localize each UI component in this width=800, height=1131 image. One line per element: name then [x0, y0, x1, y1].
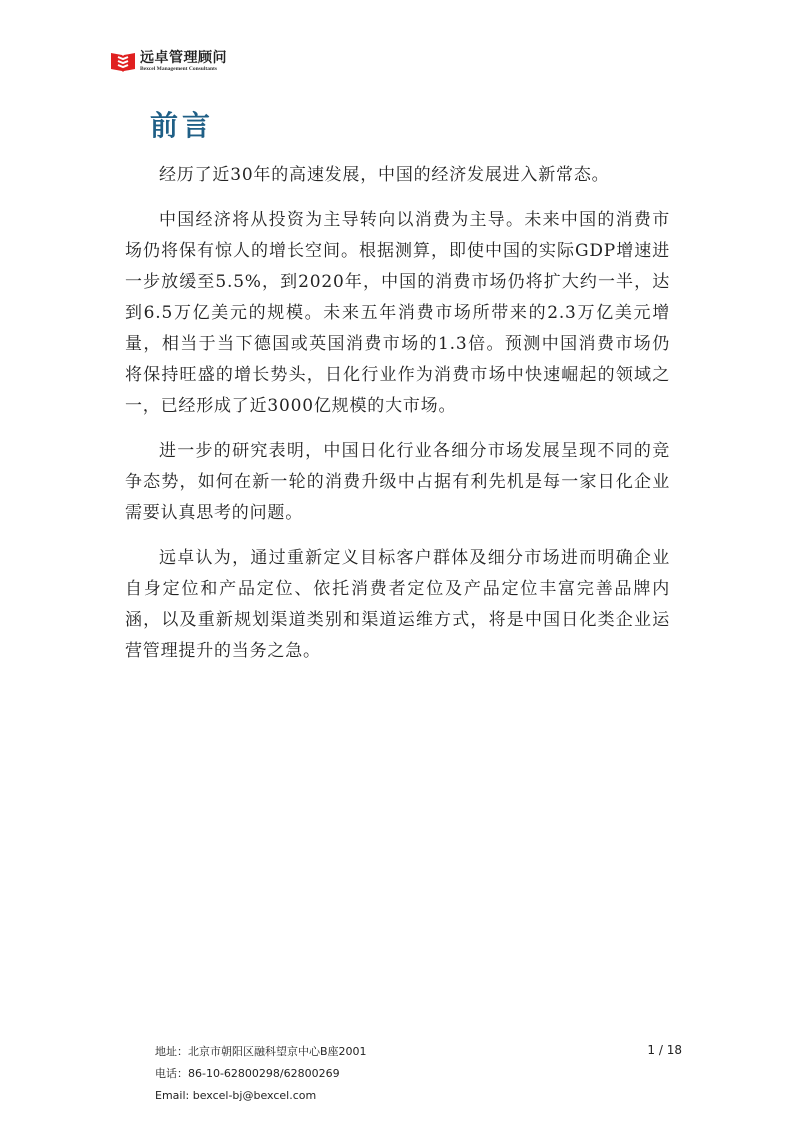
document-body: 经历了近30年的高速发展，中国的经济发展进入新常态。 中国经济将从投资为主导转向…: [125, 160, 670, 681]
footer-address: 地址：北京市朝阳区融科望京中心B座2001: [155, 1043, 690, 1065]
logo-book-icon: [110, 50, 136, 72]
page-footer: 地址：北京市朝阳区融科望京中心B座2001 电话：86-10-62800298/…: [155, 1043, 690, 1109]
company-logo: 远卓管理顾问 Bexcel Management Consultants: [110, 50, 227, 72]
page-title: 前言: [150, 104, 214, 144]
paragraph-3: 进一步的研究表明，中国日化行业各细分市场发展呈现不同的竞争态势，如何在新一轮的消…: [125, 436, 670, 529]
page-number: 1 / 18: [647, 1043, 682, 1057]
logo-english-name: Bexcel Management Consultants: [140, 66, 227, 72]
paragraph-1: 经历了近30年的高速发展，中国的经济发展进入新常态。: [125, 160, 670, 191]
footer-phone: 电话：86-10-62800298/62800269: [155, 1065, 690, 1087]
paragraph-2: 中国经济将从投资为主导转向以消费为主导。未来中国的消费市场仍将保有惊人的增长空间…: [125, 205, 670, 422]
paragraph-4: 远卓认为，通过重新定义目标客户群体及细分市场进而明确企业自身定位和产品定位、依托…: [125, 543, 670, 667]
logo-chinese-name: 远卓管理顾问: [140, 51, 227, 66]
footer-email: Email: bexcel-bj@bexcel.com: [155, 1087, 690, 1109]
